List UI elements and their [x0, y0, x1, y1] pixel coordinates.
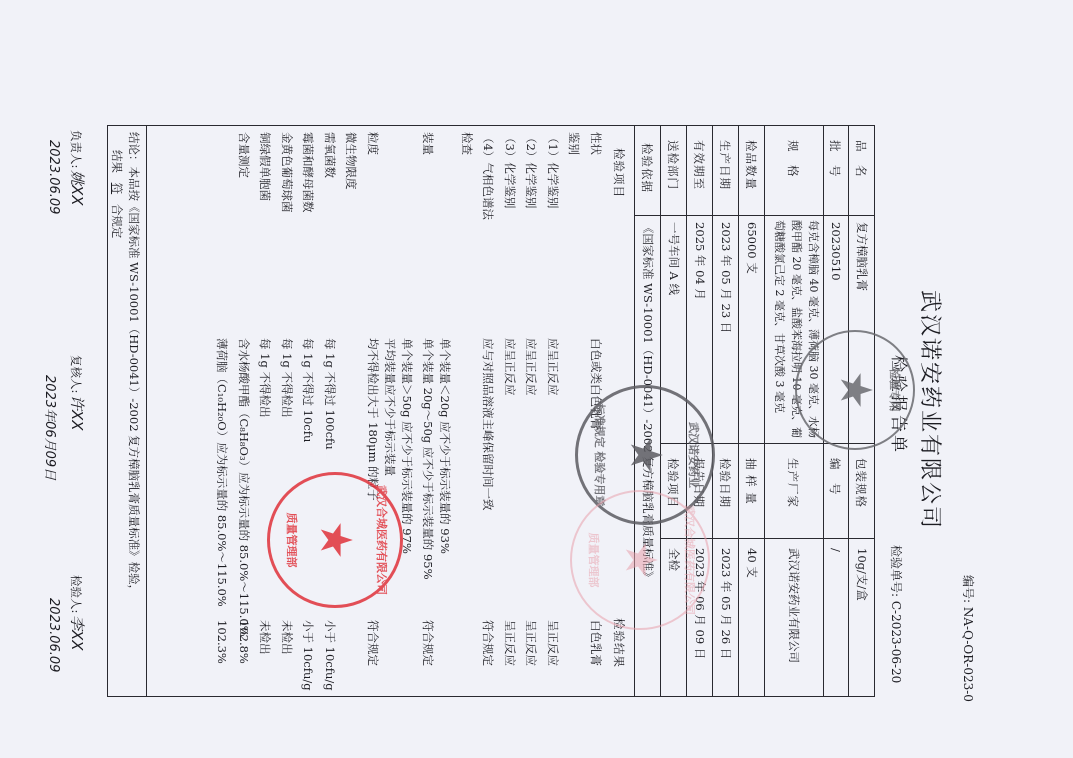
item-name: （1）化学鉴别 — [546, 132, 560, 208]
info-value: 复方樟脑乳膏 — [855, 222, 869, 291]
info-value: 萄糖酸氯己定 2 毫克、甘草次酸 3 毫克 — [772, 220, 786, 413]
item-name: 铜绿假单胞菌 — [259, 132, 273, 201]
stamp-text: 质量管理部 — [284, 513, 300, 568]
qc-inspection-stamp: ★检验专用 — [795, 330, 915, 450]
stamp-text: 检验专用 — [887, 368, 903, 412]
item-standard: 每 1g 不得过 100cfu — [323, 338, 337, 450]
info-value: 2023 年 05 月 23 日 — [719, 222, 733, 333]
item-standard: 应呈正反应 — [546, 338, 560, 396]
item-standard: 应呈正反应 — [525, 338, 539, 396]
item-name: 鉴别 — [568, 132, 582, 155]
stamp-text: 武汉诺安药业 — [686, 422, 702, 488]
info-label: 抽 样 量 — [743, 458, 759, 505]
item-name: 粒度 — [366, 132, 380, 155]
info-label: 生产厂家 — [786, 458, 802, 508]
star-icon: ★ — [833, 370, 877, 409]
info-label: 批 号 — [828, 140, 844, 178]
reviewer-signature: 许XX — [67, 395, 88, 431]
item-standard: 薄荷脑（C₁₀H₂₀O）应为标示量的 85.0%～115.0% — [216, 338, 230, 607]
item-standard: 每 1g 不得检出 — [280, 338, 294, 418]
item-name: 金黄色葡萄球菌 — [280, 132, 294, 213]
item-standard: 每 1g 不得检出 — [259, 338, 273, 418]
reviewer-date: 2023年06月09日 — [42, 375, 61, 480]
company-name: 武汉诺安药业有限公司 — [916, 290, 947, 530]
conclusion-result-suffix: 合规定 — [110, 204, 124, 239]
inspection-report-page: 武汉诺安药业有限公司 编号: NA-Q-OR-023-0 检验报告单 检验单号:… — [0, 0, 1073, 758]
star-icon: ★ — [623, 435, 667, 474]
info-value: 2025 年 04 月 — [693, 222, 707, 300]
item-standard: 均不得检出大于 180μm 的粒子 — [366, 338, 380, 501]
item-name: 性状 — [589, 132, 603, 155]
item-name: （2）化学鉴别 — [525, 132, 539, 208]
item-standard: 应与对照品溶液主峰保留时间一致 — [482, 338, 496, 511]
info-label: 生产日期 — [717, 140, 733, 190]
info-value: / — [830, 548, 844, 552]
form-code: 编号: NA-Q-OR-023-0 — [960, 575, 977, 702]
info-label: 检品数量 — [743, 140, 759, 190]
info-label: 检验日期 — [717, 458, 733, 508]
info-label: 包装规格 — [853, 458, 869, 508]
info-value: 10g/支/盒 — [855, 548, 869, 601]
info-label: 品 名 — [853, 140, 869, 178]
info-value: 一号车间 A 线 — [667, 222, 681, 295]
info-value: 20230510 — [830, 222, 844, 281]
item-name: 微生物限度 — [345, 132, 359, 190]
item-name: 霉菌和酵母菌数 — [302, 132, 316, 213]
item-result: 102.3% — [216, 620, 230, 664]
item-name: 需氧菌数 — [323, 132, 337, 178]
item-standard: 平均装量应不少于标示装量 — [383, 338, 397, 476]
head-label: 负责人: — [69, 130, 83, 168]
inspector-label: 检验人: — [69, 575, 83, 613]
head-date: 2023.06.09 — [46, 140, 61, 214]
info-value: 40 支 — [745, 548, 759, 578]
quality-dept-stamp-faint: ★武汉合城医药有限公司质量管理部 — [570, 490, 710, 630]
conclusion-text: 结论：本品按《国家标准 WS-10001（HD-0041）-2002 复方樟脑乳… — [127, 132, 141, 596]
stamp-text: 质量管理部 — [586, 533, 602, 588]
report-number: 检验单号: C-2023-06-20 — [888, 545, 905, 683]
item-result: 呈正反应 — [546, 620, 560, 666]
quality-dept-stamp: ★武汉合城医药有限公司质量管理部 — [267, 472, 403, 608]
conclusion-result-prefix: 结果 — [110, 150, 124, 173]
item-name: （4）气相色谱法 — [482, 132, 496, 220]
item-result: 小于 10cfu/g — [323, 620, 337, 691]
item-result: 呈正反应 — [525, 620, 539, 666]
item-name: 含量测定 — [237, 132, 251, 178]
item-result: 符合规定 — [422, 620, 436, 666]
item-result: 小于 10cfu/g — [302, 620, 316, 691]
item-result: 未检出 — [280, 620, 294, 655]
info-value: 武汉诺安药业有限公司 — [788, 548, 802, 663]
item-result: 符合规定 — [482, 620, 496, 666]
conclusion-result: 结果 符 合规定 — [110, 150, 124, 238]
basis-label: 检验依据 — [639, 143, 655, 193]
info-label: 有效期至 — [691, 140, 707, 190]
item-name: 检查 — [460, 132, 474, 155]
star-icon: ★ — [313, 520, 357, 559]
info-label: 送检部门 — [665, 140, 681, 190]
info-label: 规 格 — [786, 140, 802, 178]
item-result: 符合规定 — [366, 620, 380, 666]
info-label: 编 号 — [828, 458, 844, 496]
item-standard: 每 1g 不得过 10cfu — [302, 338, 316, 442]
stamp-text: 武汉合城医药有限公司 — [682, 505, 698, 615]
item-standard: 单个装量 20g～50g 应不少于标示装量的 95% — [422, 338, 436, 580]
inspector-signature: 李XX — [67, 615, 88, 651]
item-result: 呈正反应 — [503, 620, 517, 666]
info-value: 65000 支 — [745, 222, 759, 274]
item-standard: 含水杨酸甲酯（C₈H₈O₃）应为标示量的 85.0%～115.0% — [237, 338, 251, 637]
stamp-text: 标准规定 检验专用章 — [592, 404, 608, 507]
item-standard: 单个装量＞50g 应不少于标示装量的 97% — [400, 338, 414, 554]
info-value: 2023 年 05 月 26 日 — [719, 548, 733, 659]
item-result: 102.8% — [237, 620, 251, 664]
item-name: 装量 — [422, 132, 436, 155]
head-signature: 姚XX — [67, 170, 88, 206]
reviewer-label: 复核人: — [69, 355, 83, 393]
stamp-text: 武汉合城医药有限公司 — [374, 485, 390, 595]
item-name: （3）化学鉴别 — [503, 132, 517, 208]
item-standard: 应呈正反应 — [503, 338, 517, 396]
conclusion-result-fill: 符 — [110, 177, 124, 201]
star-icon: ★ — [618, 540, 662, 579]
items-header-item: 检验项目 — [611, 148, 627, 198]
item-standard: 单个装量＜20g 应不少于标示装量的 93% — [439, 338, 453, 554]
inspector-date: 2023.06.09 — [46, 598, 61, 672]
item-result: 白色乳膏 — [589, 620, 603, 666]
item-result: 未检出 — [259, 620, 273, 655]
